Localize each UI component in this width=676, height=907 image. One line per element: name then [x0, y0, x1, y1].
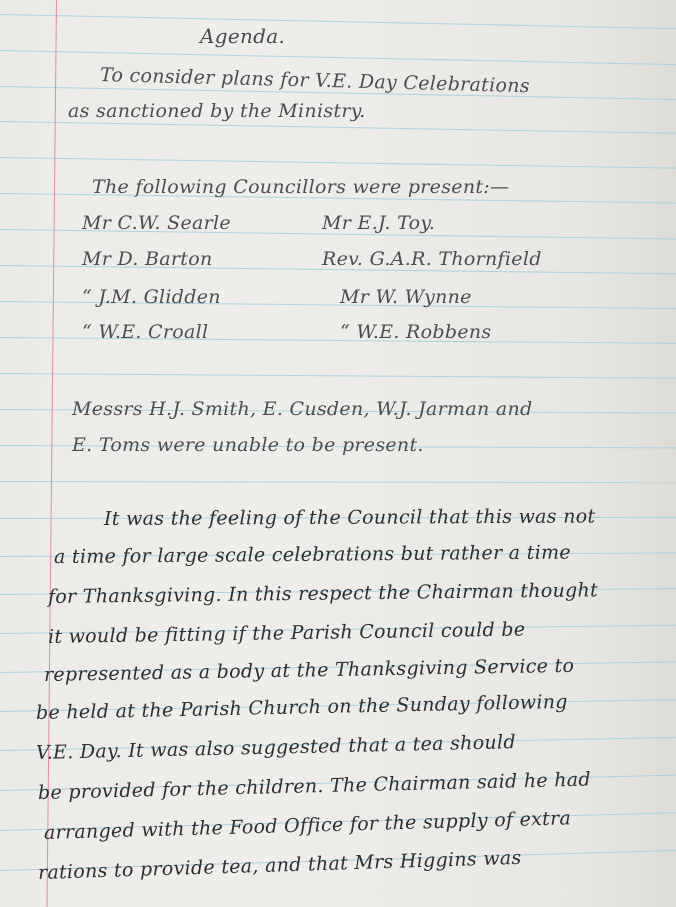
- councillor-name: “ W.E. Robbens: [340, 321, 491, 343]
- agenda-heading: Agenda.: [200, 24, 285, 48]
- minutes-line: a time for large scale celebrations but …: [54, 541, 571, 568]
- minutes-line: arranged with the Food Office for the su…: [44, 807, 572, 844]
- councillor-name: Mr D. Barton: [82, 248, 213, 270]
- councillor-name: “ W.E. Croall: [82, 321, 208, 343]
- councillor-name: “ J.M. Glidden: [82, 286, 221, 308]
- apologies-line: Messrs H.J. Smith, E. Cusden, W.J. Jarma…: [72, 398, 533, 420]
- margin-line: [47, 0, 57, 907]
- minutes-line: It was the feeling of the Council that t…: [104, 505, 595, 530]
- attendance-intro: The following Councillors were present:—: [92, 176, 509, 198]
- ruled-line: [0, 481, 676, 483]
- minutes-line: V.E. Day. It was also suggested that a t…: [36, 731, 516, 764]
- apologies-line: E. Toms were unable to be present.: [72, 434, 424, 456]
- minutes-line: represented as a body at the Thanksgivin…: [44, 655, 575, 686]
- notebook-page: Agenda. To consider plans for V.E. Day C…: [0, 0, 676, 907]
- minutes-line: be provided for the children. The Chairm…: [38, 768, 591, 804]
- agenda-line: as sanctioned by the Ministry.: [68, 100, 366, 122]
- ruled-line: [0, 14, 676, 30]
- minutes-line: it would be fitting if the Parish Counci…: [48, 619, 526, 648]
- minutes-line: for Thanksgiving. In this respect the Ch…: [48, 579, 598, 608]
- councillor-name: Rev. G.A.R. Thornfield: [322, 248, 542, 270]
- ruled-line: [0, 157, 676, 169]
- councillor-name: Mr C.W. Searle: [82, 212, 231, 234]
- ruled-line: [0, 373, 676, 379]
- councillor-name: Mr W. Wynne: [340, 286, 472, 308]
- minutes-line: be held at the Parish Church on the Sund…: [36, 691, 568, 724]
- ruled-line: [0, 121, 676, 135]
- councillor-name: Mr E.J. Toy.: [322, 212, 435, 234]
- minutes-line: rations to provide tea, and that Mrs Hig…: [38, 847, 522, 884]
